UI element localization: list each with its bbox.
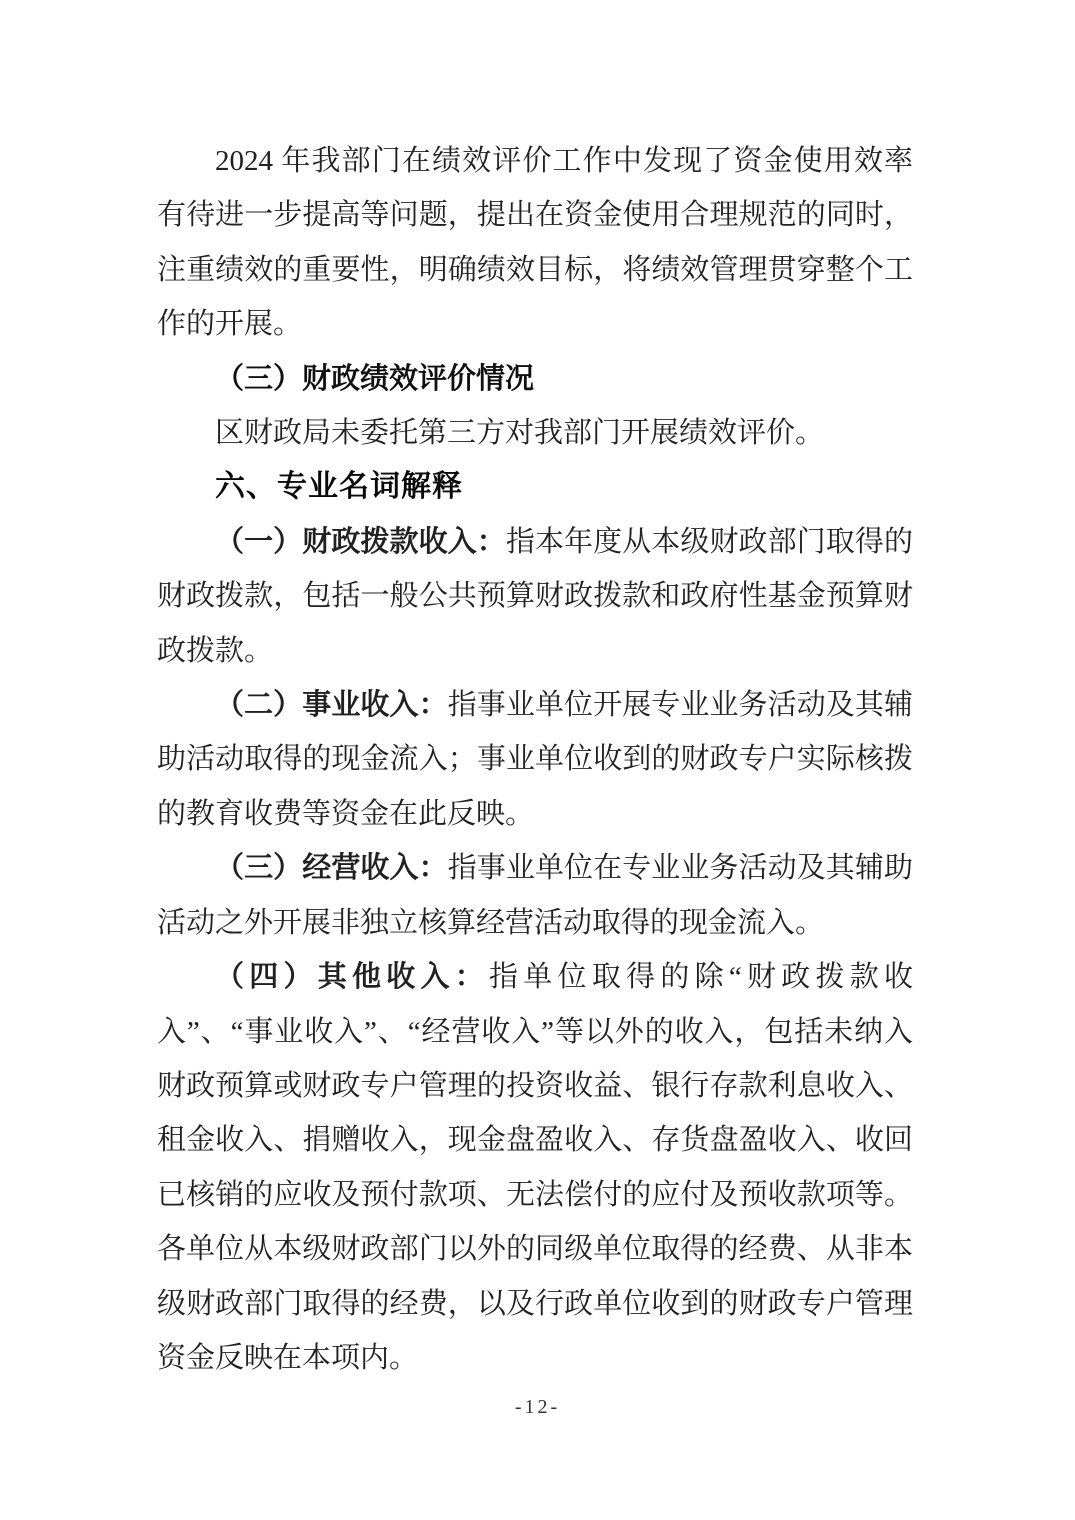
term-body-other-income: 指单位取得的除“财政拨款收入”、“事业收入”、“经营收入”等以外的收入，包括未纳… bbox=[157, 961, 913, 1374]
term-lead-operating-income-public: （二）事业收入： bbox=[215, 689, 448, 721]
page-number: -12- bbox=[0, 1396, 1075, 1419]
paragraph-no-third-party-evaluation: 区财政局未委托第三方对我部门开展绩效评价。 bbox=[157, 406, 913, 460]
heading-terminology-explanation: 六、专业名词解释 bbox=[157, 460, 913, 514]
term-definition-other-income: （四）其他收入：指单位取得的除“财政拨款收入”、“事业收入”、“经营收入”等以外… bbox=[157, 950, 913, 1385]
heading-fiscal-performance-evaluation: （三）财政绩效评价情况 bbox=[157, 352, 913, 406]
document-content: 2024 年我部门在绩效评价工作中发现了资金使用效率有待进一步提高等问题，提出在… bbox=[157, 134, 913, 1385]
term-definition-operating-income-public: （二）事业收入：指事业单位开展专业业务活动及其辅助活动取得的现金流入；事业单位收… bbox=[157, 678, 913, 841]
term-lead-business-income: （三）经营收入： bbox=[215, 852, 448, 884]
paragraph-performance-evaluation-summary: 2024 年我部门在绩效评价工作中发现了资金使用效率有待进一步提高等问题，提出在… bbox=[157, 134, 913, 352]
document-page: 2024 年我部门在绩效评价工作中发现了资金使用效率有待进一步提高等问题，提出在… bbox=[0, 0, 1075, 1520]
term-definition-business-income: （三）经营收入：指事业单位在专业业务活动及其辅助活动之外开展非独立核算经营活动取… bbox=[157, 841, 913, 950]
term-lead-fiscal-appropriation-income: （一）财政拨款收入： bbox=[215, 526, 506, 558]
term-lead-other-income: （四）其他收入： bbox=[215, 961, 489, 993]
term-definition-fiscal-appropriation-income: （一）财政拨款收入：指本年度从本级财政部门取得的财政拨款，包括一般公共预算财政拨… bbox=[157, 515, 913, 678]
